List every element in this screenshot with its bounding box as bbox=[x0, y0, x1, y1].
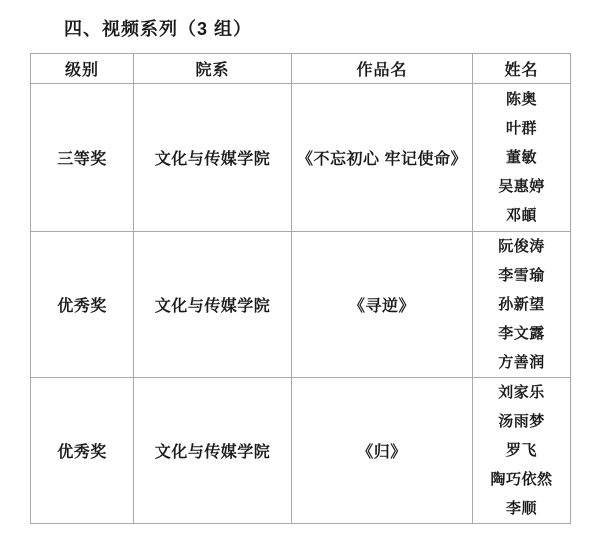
name-item: 李雪瑜 bbox=[473, 261, 570, 290]
cell-department: 文化与传媒学院 bbox=[134, 232, 292, 378]
cell-level: 优秀奖 bbox=[31, 232, 134, 378]
col-header-names: 姓名 bbox=[473, 54, 571, 84]
table-row: 优秀奖 文化与传媒学院 《寻逆》 阮俊涛 李雪瑜 孙新望 李文露 方善润 bbox=[31, 232, 571, 378]
name-item: 吴惠婷 bbox=[473, 172, 570, 201]
cell-work: 《不忘初心 牢记使命》 bbox=[292, 84, 473, 232]
cell-department: 文化与传媒学院 bbox=[134, 378, 292, 524]
name-item: 叶群 bbox=[473, 114, 570, 143]
cell-names: 刘家乐 汤雨梦 罗飞 陶巧依然 李顺 bbox=[473, 378, 571, 524]
name-item: 邓頔 bbox=[473, 201, 570, 230]
name-item: 孙新望 bbox=[473, 290, 570, 319]
name-item: 李顺 bbox=[473, 494, 570, 523]
name-item: 阮俊涛 bbox=[473, 232, 570, 261]
name-item: 陶巧依然 bbox=[473, 465, 570, 494]
cell-names: 阮俊涛 李雪瑜 孙新望 李文露 方善润 bbox=[473, 232, 571, 378]
cell-names: 陈奥 叶群 董敏 吴惠婷 邓頔 bbox=[473, 84, 571, 232]
name-item: 方善润 bbox=[473, 348, 570, 377]
name-item: 汤雨梦 bbox=[473, 407, 570, 436]
col-header-level: 级别 bbox=[31, 54, 134, 84]
name-item: 刘家乐 bbox=[473, 378, 570, 407]
table-row: 三等奖 文化与传媒学院 《不忘初心 牢记使命》 陈奥 叶群 董敏 吴惠婷 邓頔 bbox=[31, 84, 571, 232]
cell-level: 三等奖 bbox=[31, 84, 134, 232]
cell-work: 《寻逆》 bbox=[292, 232, 473, 378]
name-item: 陈奥 bbox=[473, 85, 570, 114]
table-header-row: 级别 院系 作品名 姓名 bbox=[31, 54, 571, 84]
col-header-department: 院系 bbox=[134, 54, 292, 84]
name-item: 董敏 bbox=[473, 143, 570, 172]
table-row: 优秀奖 文化与传媒学院 《归》 刘家乐 汤雨梦 罗飞 陶巧依然 李顺 bbox=[31, 378, 571, 524]
section-title: 四、视频系列（3 组） bbox=[64, 15, 252, 41]
cell-work: 《归》 bbox=[292, 378, 473, 524]
cell-level: 优秀奖 bbox=[31, 378, 134, 524]
name-item: 罗飞 bbox=[473, 436, 570, 465]
awards-table: 级别 院系 作品名 姓名 三等奖 文化与传媒学院 《不忘初心 牢记使命》 陈奥 … bbox=[30, 53, 571, 524]
cell-department: 文化与传媒学院 bbox=[134, 84, 292, 232]
col-header-work: 作品名 bbox=[292, 54, 473, 84]
document-page: 四、视频系列（3 组） 级别 院系 作品名 姓名 三等奖 文化与传媒学院 《不忘… bbox=[0, 0, 600, 537]
name-item: 李文露 bbox=[473, 319, 570, 348]
